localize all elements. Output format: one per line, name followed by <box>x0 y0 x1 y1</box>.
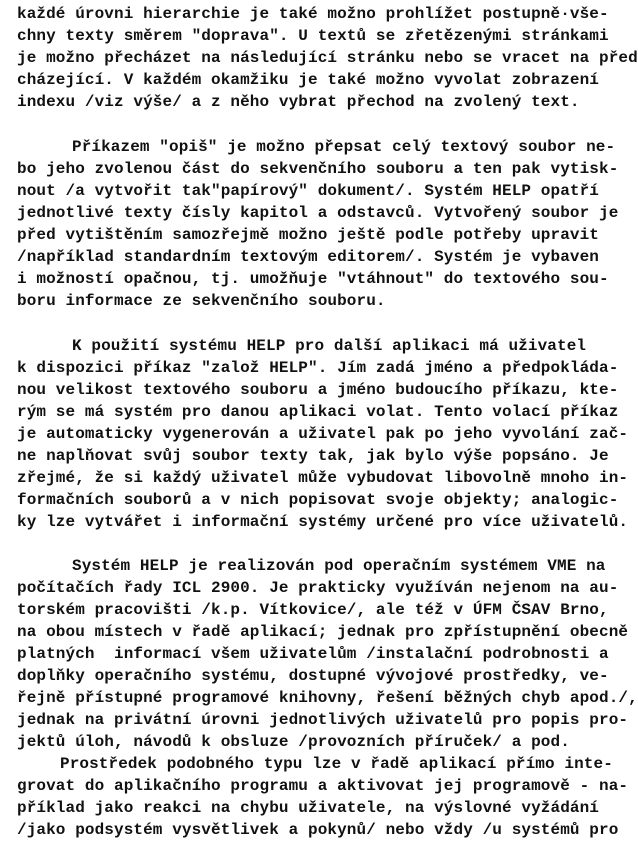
text-line: Systém HELP je realizován pod operačním … <box>72 556 606 576</box>
text-line: cházející. V každém okamžiku je také mož… <box>17 70 599 90</box>
text-line: před vytištěním samozřejmě možno ještě p… <box>17 225 599 245</box>
text-line: i možností opačnou, tj. umožňuje "vtáhno… <box>17 269 609 289</box>
text-line: jektů úloh, návodů k obsluze /provozních… <box>17 732 570 752</box>
text-line: jednotlivé texty čísly kapitol a odstavc… <box>17 203 618 223</box>
text-line: jednak na privátní úrovni jednotlivých u… <box>17 710 628 730</box>
text-line: /jako podsystém vysvětlivek a pokynů/ ne… <box>17 820 618 840</box>
text-line: boru informace ze sekvenčního souboru. <box>17 291 386 311</box>
text-line: každé úrovni hierarchie je také možno pr… <box>17 4 609 24</box>
text-line: zřejmé, že si každý uživatel může vybudo… <box>17 468 628 488</box>
text-line: řejně přístupné programové knihovny, řeš… <box>17 688 638 708</box>
text-line: ne naplňovat svůj soubor texty tak, jak … <box>17 446 609 466</box>
text-line: chny texty směrem "doprava". U textů se … <box>17 26 609 46</box>
text-line: je automaticky vygenerován a uživatel pa… <box>17 424 628 444</box>
text-line: platných informací všem uživatelům /inst… <box>17 644 609 664</box>
text-line: doplňky operačního systému, dostupné výv… <box>17 666 609 686</box>
text-line: Příkazem "opiš" je možno přepsat celý te… <box>72 137 615 157</box>
text-line: bo jeho zvolenou část do sekvenčního sou… <box>17 159 618 179</box>
text-line: na obou místech v řadě aplikací; jednak … <box>17 622 628 642</box>
text-line: grovat do aplikačního programu a aktivov… <box>17 776 628 796</box>
text-line: formačních souborů a v nich popisovat sv… <box>17 490 618 510</box>
text-line: příklad jako reakci na chybu uživatele, … <box>17 798 599 818</box>
text-line: rým se má systém pro danou aplikaci vola… <box>17 402 618 422</box>
text-line: indexu /viz výše/ a z něho vybrat přecho… <box>17 92 580 112</box>
text-line: /například standardním textovým editorem… <box>17 247 599 267</box>
text-line: nout /a vytvořit tak"papírový" dokument/… <box>17 181 599 201</box>
text-line: k dispozici příkaz "založ HELP". Jím zad… <box>17 358 618 378</box>
text-line: nou velikost textového souboru a jméno b… <box>17 380 618 400</box>
text-line: torském pracovišti /k.p. Vítkovice/, ale… <box>17 600 609 620</box>
text-line: je možno přecházet na následující stránk… <box>17 48 638 68</box>
text-line: K použití systému HELP pro další aplikac… <box>72 336 586 356</box>
text-line: Prostředek podobného typu lze v řadě apl… <box>60 754 613 774</box>
typewritten-page: každé úrovni hierarchie je také možno pr… <box>0 0 638 857</box>
text-line: počítačích řady ICL 2900. Je prakticky v… <box>17 578 618 598</box>
text-line: ky lze vytvářet i informační systémy urč… <box>17 512 628 532</box>
